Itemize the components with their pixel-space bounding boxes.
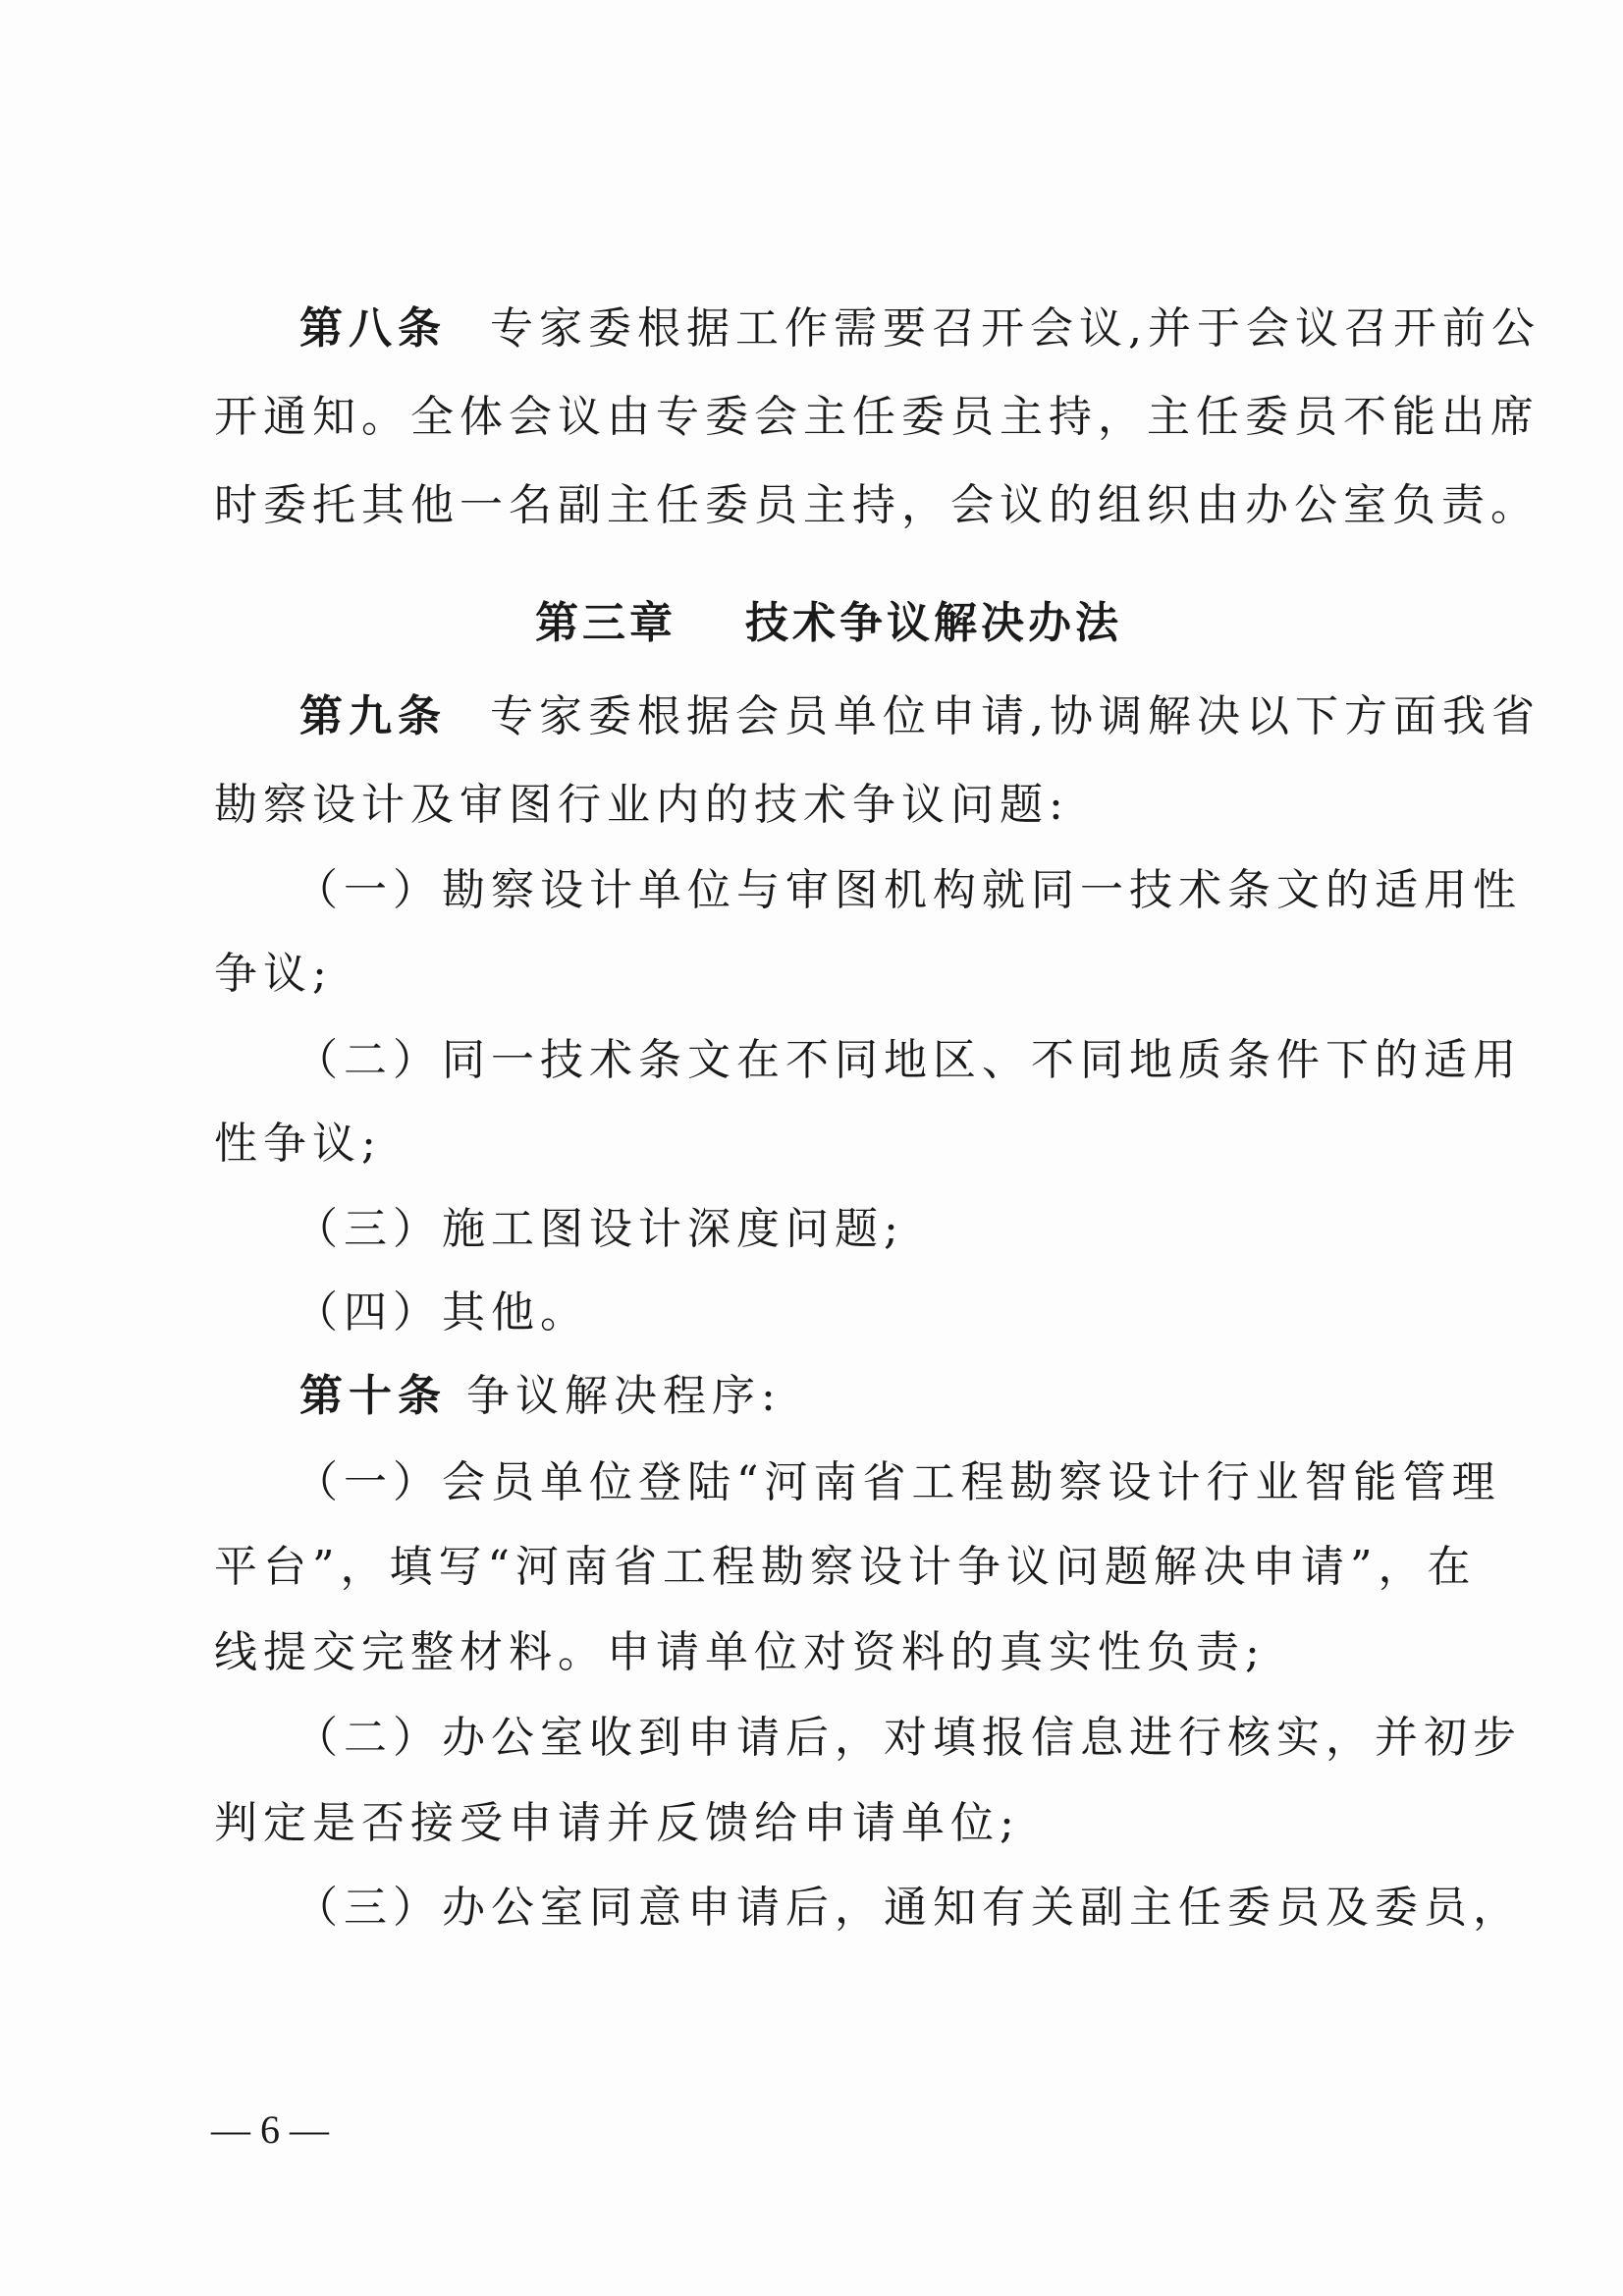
chapter-number: 第三章 bbox=[535, 598, 676, 648]
article-9-item-2-line-1: （二）同一技术条文在不同地区、不同地质条件下的适用 bbox=[295, 1031, 1522, 1090]
article-10-item-2-line-2: 判定是否接受申请并反馈给申请单位; bbox=[214, 1794, 1020, 1853]
document-page: 第八条专家委根据工作需要召开会议,并于会议召开前公 开通知。全体会议由专委会主任… bbox=[0, 0, 1623, 2296]
article-8-line-2: 开通知。全体会议由专委会主任委员主持，主任委员不能出席 bbox=[214, 388, 1540, 447]
article-9-item-1-line-1: （一）勘察设计单位与审图机构就同一技术条文的适用性 bbox=[295, 861, 1522, 920]
article-8-line-1: 第八条专家委根据工作需要召开会议,并于会议召开前公 bbox=[299, 300, 1541, 358]
article-10-item-3-line-1: （三）办公室同意申请后，通知有关副主任委员及委员， bbox=[295, 1879, 1522, 1938]
chapter-heading: 第三章技术争议解决办法 bbox=[535, 594, 1122, 653]
article-10-item-1-line-3: 线提交完整材料。申请单位对资料的真实性负责; bbox=[214, 1623, 1266, 1682]
article-10-item-1-line-2: 平台”，填写“河南省工程勘察设计争议问题解决申请”，在 bbox=[214, 1538, 1476, 1597]
article-9-line-2: 勘察设计及审图行业内的技术争议问题: bbox=[214, 776, 1069, 835]
article-8-label: 第八条 bbox=[299, 303, 447, 354]
article-8-line-3: 时委托其他一名副主任委员主持，会议的组织由办公室负责。 bbox=[214, 476, 1540, 535]
article-10-item-1-line-1: （一）会员单位登陆“河南省工程勘察设计行业智能管理 bbox=[295, 1453, 1501, 1512]
page-number: — 6 — bbox=[211, 2106, 329, 2153]
article-9-item-3: （三）施工图设计深度问题; bbox=[295, 1200, 904, 1259]
article-10-label: 第十条 bbox=[299, 1371, 447, 1421]
article-10-line-1: 第十条争议解决程序: bbox=[299, 1367, 782, 1426]
article-9-line-1: 第九条专家委根据会员单位申请,协调解决以下方面我省 bbox=[299, 687, 1541, 746]
article-9-item-2-line-2: 性争议; bbox=[214, 1115, 382, 1174]
chapter-title: 技术争议解决办法 bbox=[745, 598, 1122, 648]
article-10-item-2-line-1: （二）办公室收到申请后，对填报信息进行核实，并初步 bbox=[295, 1709, 1522, 1768]
article-9-item-1-line-2: 争议; bbox=[214, 945, 333, 1004]
article-9-label: 第九条 bbox=[299, 691, 447, 741]
article-9-item-4: （四）其他。 bbox=[295, 1284, 589, 1342]
